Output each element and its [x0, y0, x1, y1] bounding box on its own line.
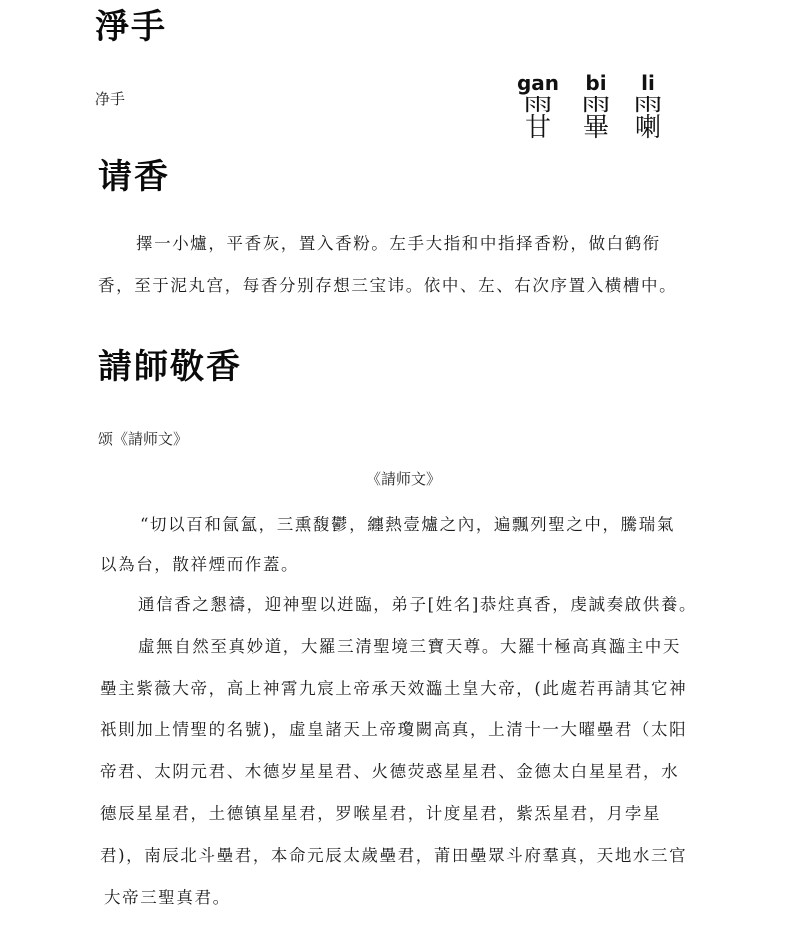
heading-qingshi-jingxiang: 請師敬香	[98, 350, 242, 384]
paragraph-line: 君)，南辰北斗壘君，本命元辰太歲壘君，莆田壘眾斗府羣真，天地水三官	[100, 848, 687, 865]
paragraph-line: 帝君、太阴元君、木德岁星星君、火德荧惑星星君、金德太白星星君，水	[100, 764, 679, 781]
paragraph-line: “切以百和氤氳，三熏馥鬱，纏熱壹爐之內，遍飄列聖之中，騰瑞氣	[140, 517, 675, 534]
paragraph-line: 壘主紫薇大帝，高上神霄九宸上帝承天效瀶土皇大帝，(此處若再請其它神	[100, 681, 687, 698]
glyph-top: 雨	[574, 96, 618, 113]
note-jingshou: 净手	[95, 92, 125, 107]
talisman-glyph: 雨 甘	[516, 96, 560, 142]
paragraph-line: 德辰星星君，土德镇星星君，罗喉星君，计度星君，紫炁星君，月孛星	[100, 806, 661, 823]
paragraph-line: 虛無自然至真妙道，大羅三清聖境三寶天尊。大羅十極高真瀶主中天	[138, 639, 681, 656]
talisman-glyph: 雨 畢	[574, 96, 618, 142]
paragraph-line: 通信香之懇禱，迎神聖以逬臨，弟子[姓名]恭炷真香，虔誠奏啟供養。	[138, 597, 697, 614]
talisman-glyph-bi: bi 雨 畢	[570, 72, 622, 146]
pinyin-label: gan	[512, 72, 564, 94]
glyph-bottom: 畢	[574, 114, 618, 142]
paragraph-line: 擇一小爐，平香灰，置入香粉。左手大指和中指择香粉，做白鹤衔	[136, 236, 661, 253]
talisman-glyph: 雨 喇	[626, 96, 670, 142]
glyph-top: 雨	[626, 96, 670, 113]
talisman-glyph-li: li 雨 喇	[622, 72, 674, 146]
glyph-top: 雨	[516, 96, 560, 113]
heading-qingxiang: 请香	[98, 160, 170, 194]
talisman-characters: gan 雨 甘 bi 雨 畢 li 雨 喇	[512, 72, 672, 144]
paragraph-line: 香，至于泥丸宫，每香分别存想三宝讳。依中、左、右次序置入横槽中。	[98, 278, 677, 295]
paragraph-line: 以為台，散祥煙而作蓋。	[100, 557, 299, 574]
heading-jingshou: 淨手	[95, 10, 167, 44]
pinyin-label: bi	[570, 72, 622, 94]
glyph-bottom: 甘	[516, 114, 560, 142]
paragraph-line: 祇則加上情聖的名號)，虛皇諸天上帝瓊闕高真，上清十一大曜壘君（太阳	[100, 722, 687, 739]
talisman-glyph-gan: gan 雨 甘	[512, 72, 564, 146]
glyph-bottom: 喇	[626, 114, 670, 142]
subtitle-qingshiwen: 《請师文》	[366, 472, 441, 487]
paragraph-line: 大帝三聖真君。	[104, 890, 231, 907]
intro-text: 颂《請师文》	[98, 432, 188, 447]
pinyin-label: li	[622, 72, 674, 94]
